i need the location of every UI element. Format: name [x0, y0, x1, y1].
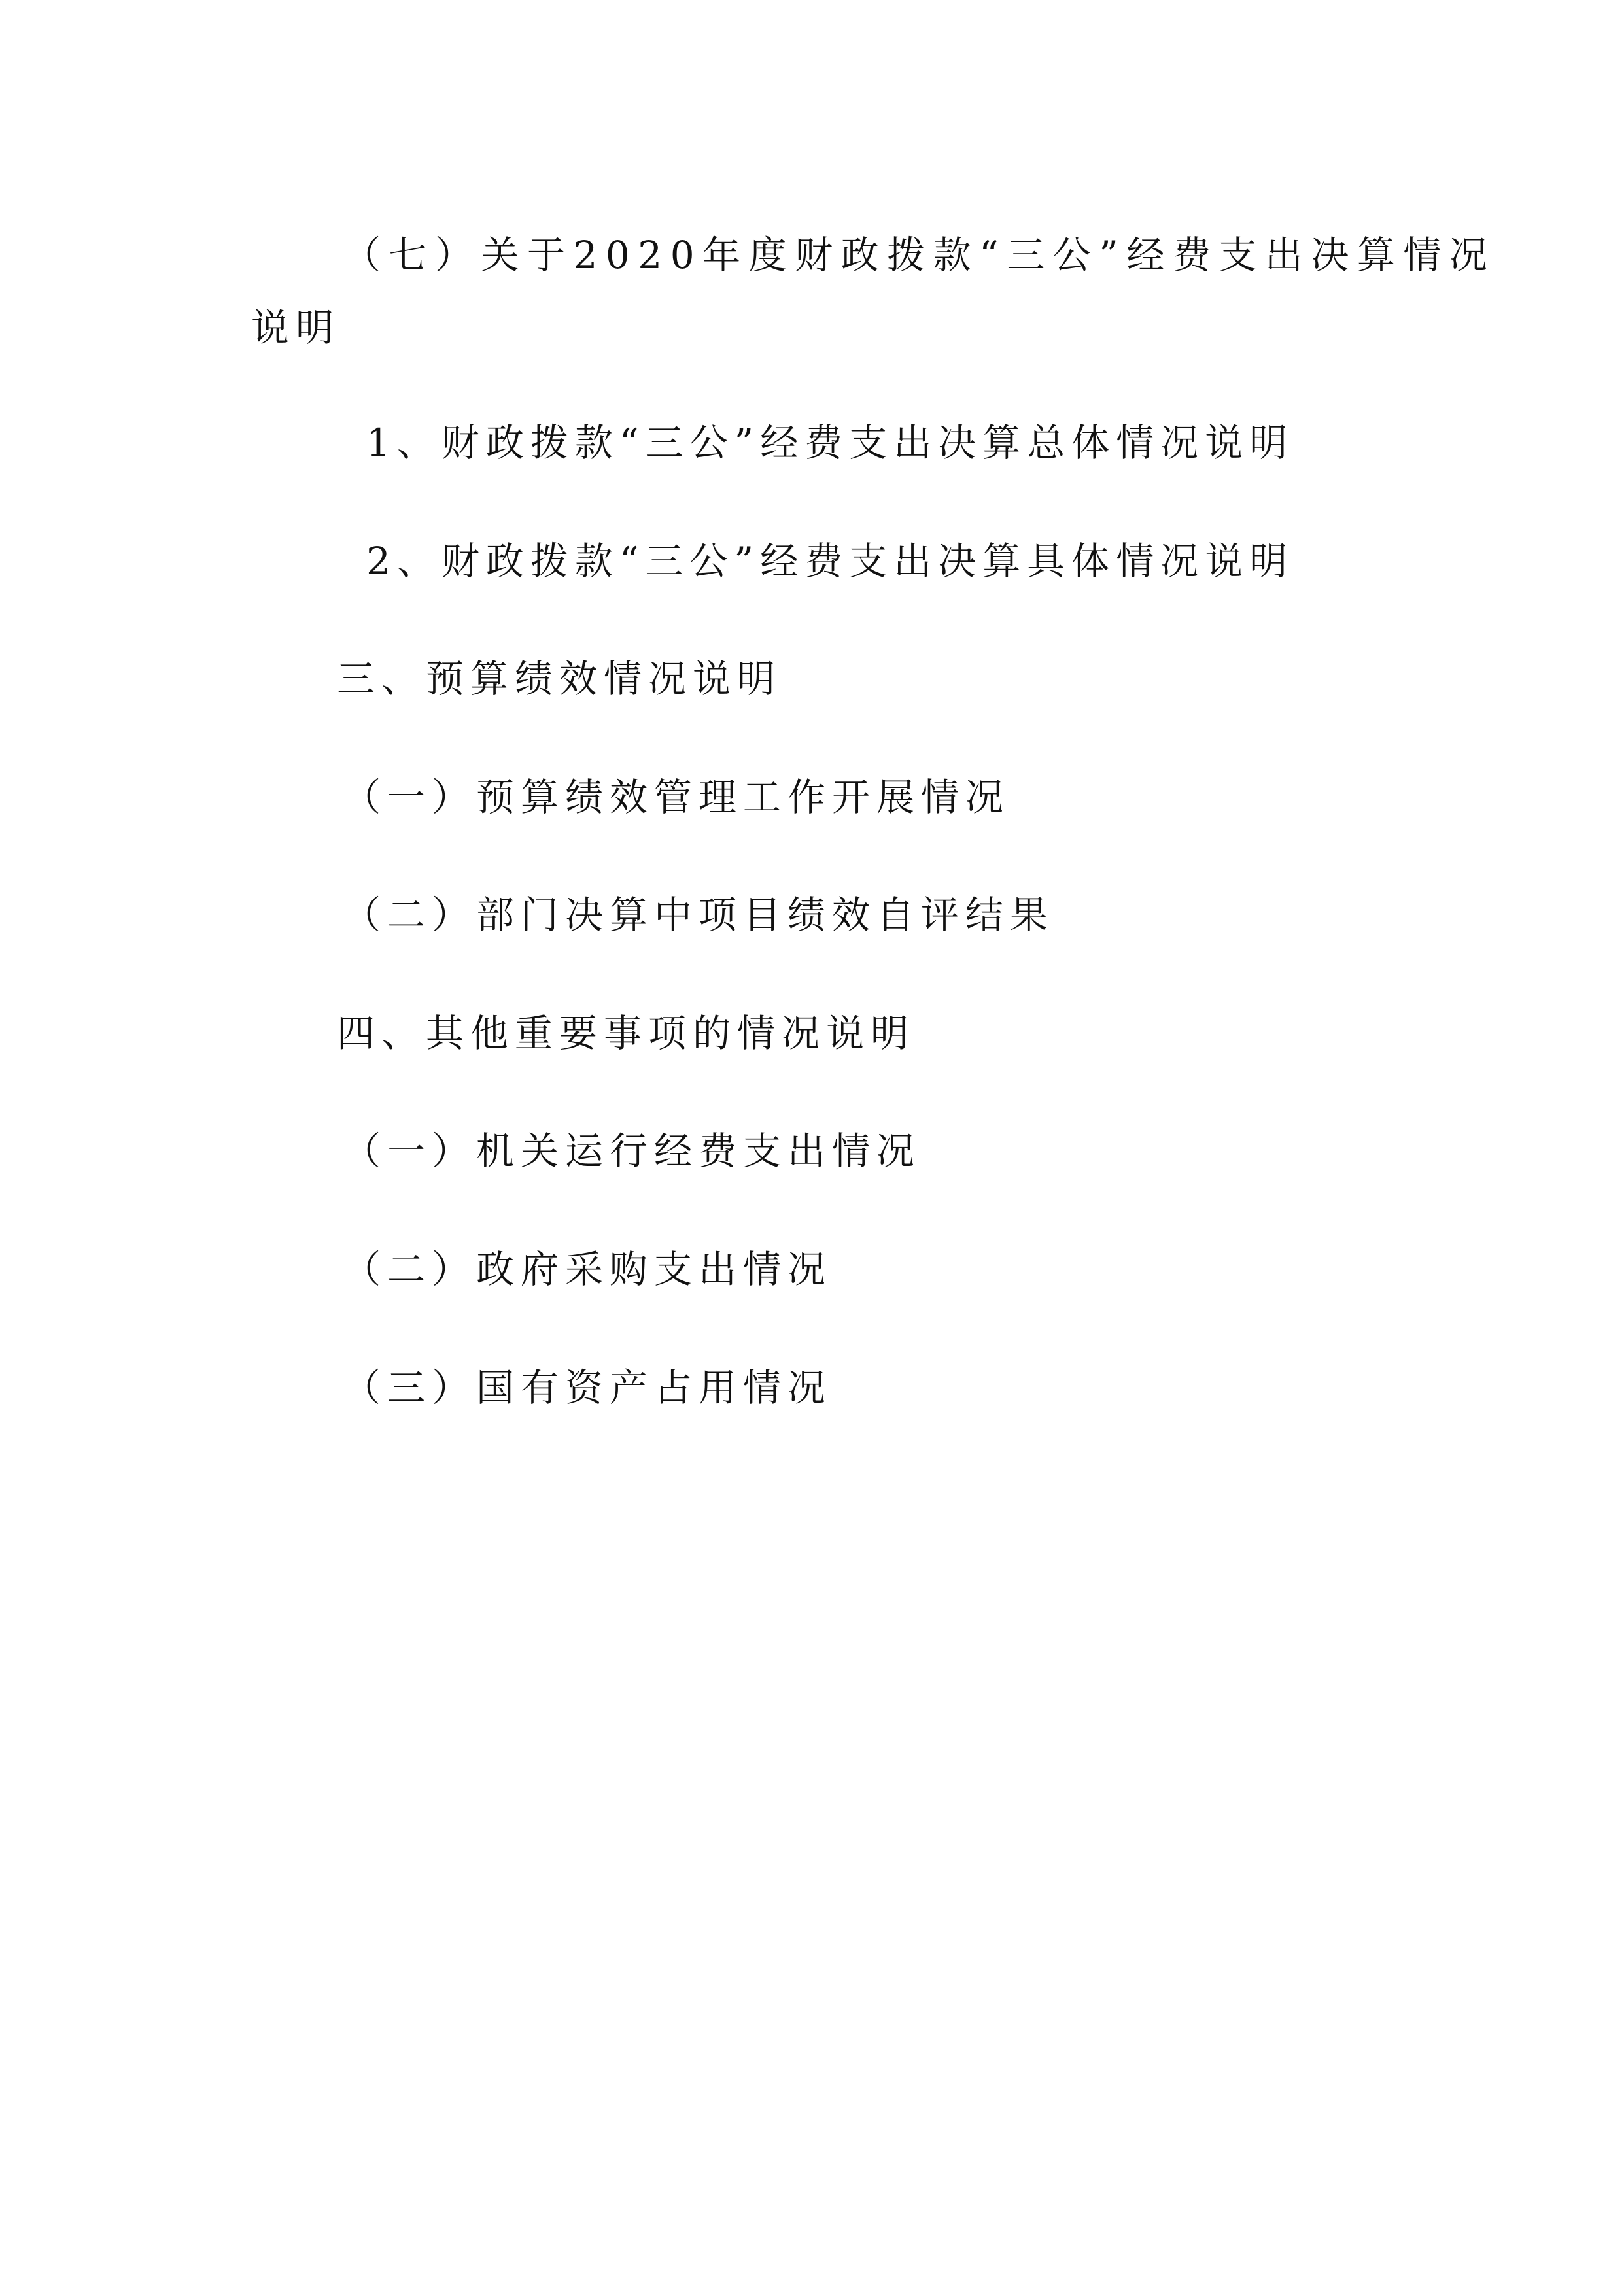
subsection-2: 2、财政拨款“三公”经费支出决算具体情况说明: [366, 533, 1294, 589]
section-heading-3: 三、预算绩效情况说明: [337, 651, 782, 707]
subsection-1: 1、财政拨款“三公”经费支出决算总体情况说明: [366, 415, 1294, 471]
section-heading-4: 四、其他重要事项的情况说明: [337, 1005, 915, 1061]
section-heading-7: （七）关于2020年度财政拨款“三公”经费支出决算情况: [343, 227, 1495, 283]
subsection-3-1: （一）预算绩效管理工作开展情况: [343, 769, 1010, 825]
subsection-4-2: （二）政府采购支出情况: [343, 1241, 832, 1297]
section-heading-7-continuation: 说明: [251, 300, 340, 356]
subsection-4-1: （一）机关运行经费支出情况: [343, 1123, 921, 1179]
subsection-3-2: （二）部门决算中项目绩效自评结果: [343, 887, 1054, 943]
subsection-4-3: （三）国有资产占用情况: [343, 1360, 832, 1416]
